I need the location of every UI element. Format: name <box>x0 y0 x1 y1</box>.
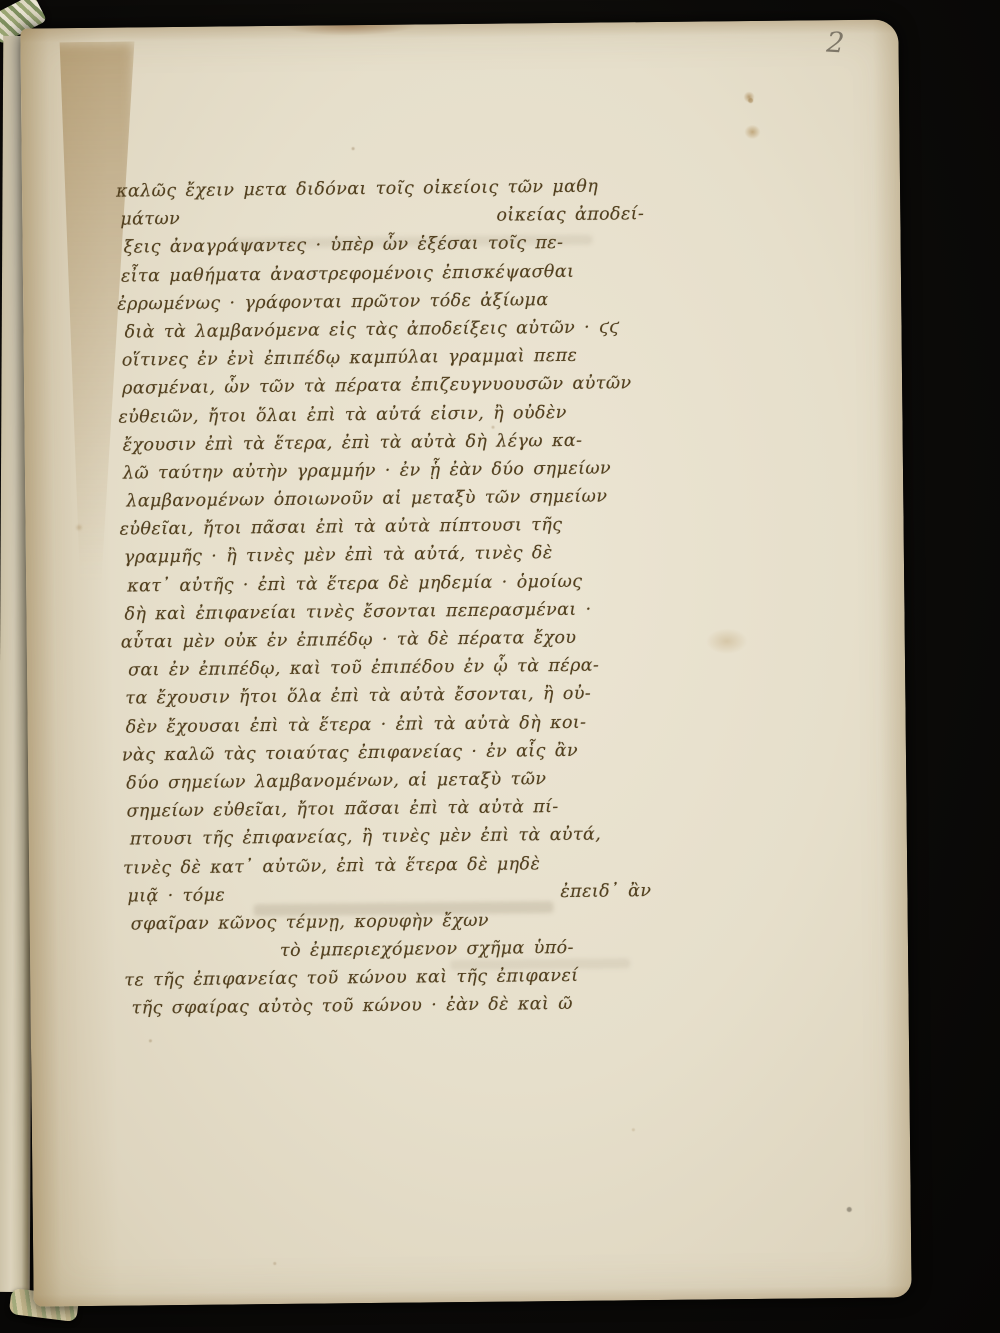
manuscript-line-text: λαμβανομένων ὁποιωνοῦν αἱ μεταξὺ τῶν σημ… <box>126 487 607 512</box>
manuscript-line-text-right: ἐπειδ᾽ ἂν <box>560 877 651 906</box>
manuscript-line: λαμβανομένων ὁποιωνοῦν αἱ μεταξὺ τῶν σημ… <box>126 482 647 516</box>
manuscript-line-text: αὗται μὲν οὐκ ἐν ἐπιπέδῳ · τὰ δὲ πέρατα … <box>121 628 577 653</box>
manuscript-line: ρασμέναι, ὧν τῶν τὰ πέρατα ἐπιζευγνυουσῶ… <box>122 369 646 403</box>
photo-backdrop: { "photo": { "background_color": "#0c0b0… <box>0 0 1000 1333</box>
manuscript-line: μιᾷ · τόμεἐπειδ᾽ ἂν <box>127 877 651 911</box>
manuscript-line: μάτωνοἰκείας ἀποδεί- <box>120 200 644 234</box>
manuscript-line-text: δὴ καὶ ἐπιφανείαι τινὲς ἔσονται πεπερασμ… <box>124 599 591 624</box>
manuscript-line-text: σαι ἐν ἐπιπέδῳ, καὶ τοῦ ἐπιπέδου ἐν ᾧ τὰ… <box>128 656 599 681</box>
manuscript-page: 2 καλῶς ἔχειν μετα διδόναι τοῖς οἰκείοις… <box>20 19 911 1306</box>
manuscript-line: πτουσι τῆς ἐπιφανείας, ἢ τινὲς μὲν ἐπὶ τ… <box>130 820 651 854</box>
manuscript-line-text: εὐθειῶν, ἤτοι ὅλαι ἐπὶ τὰ αὐτά εἰσιν, ἢ … <box>118 402 567 427</box>
manuscript-line-text: καλῶς ἔχειν μετα διδόναι τοῖς οἰκείοις τ… <box>116 177 598 202</box>
manuscript-line-text: οἵτινες ἐν ἑνὶ ἐπιπέδῳ καμπύλαι γραμμαὶ … <box>122 346 578 371</box>
manuscript-line: τῆς σφαίρας αὐτὸς τοῦ κώνου · ἐὰν δὲ καὶ… <box>131 990 652 1024</box>
manuscript-line: εἶτα μαθήματα ἀναστρεφομένοις ἐπισκέψασθ… <box>121 257 645 291</box>
folio-number: 2 <box>826 26 846 60</box>
manuscript-line-text: τινὲς δὲ κατ᾽ αὐτῶν, ἐπὶ τὰ ἕτερα δὲ μηδ… <box>123 854 540 878</box>
manuscript-line-text: γραμμῆς · ἢ τινὲς μὲν ἐπὶ τὰ αὐτά, τινὲς… <box>124 544 553 568</box>
manuscript-line-text: εἶτα μαθήματα ἀναστρεφομένοις ἐπισκέψασθ… <box>121 261 575 286</box>
manuscript-line-text: δὲν ἔχουσαι ἐπὶ τὰ ἕτερα · ἐπὶ τὰ αὐτὰ δ… <box>126 712 587 737</box>
manuscript-line-text: νὰς καλῶ τὰς τοιαύτας ἐπιφανείας · ἐν αἷ… <box>122 741 578 766</box>
manuscript-line-text: ἔχουσιν ἐπὶ τὰ ἕτερα, ἐπὶ τὰ αὐτὰ δὴ λέγ… <box>123 430 583 455</box>
manuscript-text-block: καλῶς ἔχειν μετα διδόναι τοῖς οἰκείοις τ… <box>120 172 653 1023</box>
manuscript-line-text: τῆς σφαίρας αὐτὸς τοῦ κώνου · ἐὰν δὲ καὶ… <box>131 994 572 1019</box>
manuscript-line-text: μάτων <box>120 205 180 234</box>
manuscript-line-text-right: οἰκείας ἀποδεί- <box>496 200 644 230</box>
manuscript-line-text: ξεις ἀναγράψαντες · ὑπὲρ ὧν ἑξέσαι τοῖς … <box>124 233 564 258</box>
manuscript-line-text: τε τῆς ἐπιφανείας τοῦ κώνου καὶ τῆς ἐπιφ… <box>124 966 578 991</box>
manuscript-line-text: μιᾷ · τόμε <box>127 881 225 910</box>
manuscript-line-text: ἐρρωμένως · γράφονται πρῶτον τόδε ἀξίωμα <box>117 290 548 315</box>
manuscript-line-text: σφαῖραν κῶνος τέμνῃ, κορυφὴν ἔχων <box>131 911 489 935</box>
manuscript-line-text: εὐθεῖαι, ἤτοι πᾶσαι ἐπὶ τὰ αὐτὰ πίπτουσι… <box>119 515 562 540</box>
manuscript-line-text: δύο σημείων λαμβανομένων, αἱ μεταξὺ τῶν <box>126 769 546 793</box>
manuscript-line-text: τὸ ἐμπεριεχόμενον σχῆμα ὑπό- <box>280 938 574 961</box>
manuscript-line-text: τα ἔχουσιν ἤτοι ὅλα ἐπὶ τὰ αὐτὰ ἔσονται,… <box>125 684 591 709</box>
manuscript-line-text: κατ᾽ αὐτῆς · ἐπὶ τὰ ἕτερα δὲ μηδεμία · ὁ… <box>127 571 582 596</box>
manuscript-line: νὰς καλῶ τὰς τοιαύτας ἐπιφανείας · ἐν αἷ… <box>122 736 650 770</box>
manuscript-line-text: πτουσι τῆς ἐπιφανείας, ἢ τινὲς μὲν ἐπὶ τ… <box>130 825 602 850</box>
foxing-specks <box>20 29 23 32</box>
manuscript-line-text: λῶ ταύτην αὐτὴν γραμμήν · ἐν ᾗ ἐὰν δύο σ… <box>123 458 611 483</box>
manuscript-line-text: διὰ τὰ λαμβανόμενα εἰς τὰς ἀποδείξεις αὐ… <box>124 317 619 342</box>
manuscript-line-text: ρασμέναι, ὧν τῶν τὰ πέρατα ἐπιζευγνυουσῶ… <box>122 374 632 399</box>
manuscript-line-text: σημείων εὐθεῖαι, ἤτοι πᾶσαι ἐπὶ τὰ αὐτὰ … <box>126 797 558 822</box>
